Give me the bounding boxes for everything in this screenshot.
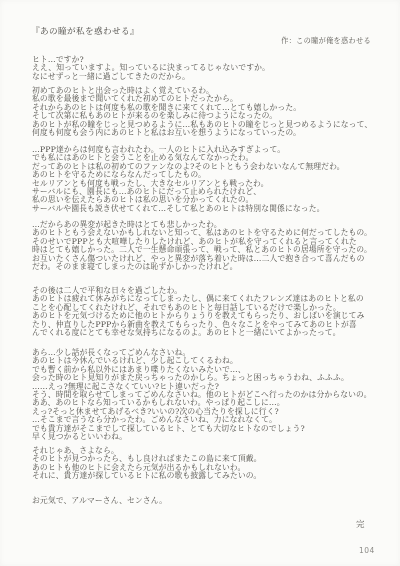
page-number: 104 [359, 546, 375, 555]
scanned-story-page: 『あの瞳が私を惑わせる』 作：この瞳が俺を惑わせる ヒト…ですか?ええ、知ってい… [0, 0, 400, 566]
text-line: だわ。そのまま寝てしまったのは恥ずかしかったけれど。 [32, 263, 372, 271]
story-title: 『あの瞳が私を惑わせる』 [31, 25, 139, 37]
paragraph: それじゃあ、さよなら。そのヒトが見つかったら、もし良ければまたこの島に来て頂戴。… [32, 447, 262, 481]
text-line: んでくれる度にとても幸せな気持ちになるのよ。あのヒトと一緒にいてよかったって。 [32, 329, 365, 337]
author-credit: 作：この瞳が俺を惑わせる [281, 36, 371, 46]
text-line: 早く見つかるといいわね。 [32, 433, 305, 441]
text-line: それに、貴方達が探しているヒトに私の歌も披露してみたいの。 [32, 472, 262, 480]
paragraph: 初めてあのヒトと出会った時はよく覚えているわ。私の歌を最後まで聞いてくれた初めて… [32, 87, 372, 137]
paragraph: …PPP達からは何度も言われたわ。一人のヒトに入れ込みすぎよって。でも私にはあの… [32, 146, 345, 213]
paragraph: …だからあの異変が起きた時はとても悲しかったわ。あのヒトともう会えないかもしれな… [32, 221, 372, 271]
text-line: 何度も何度も会う内にあのヒトと私はお互いを想うようになっていったの。 [32, 129, 372, 137]
text-line: サーバルや園長も説き伏せてくれて…そして私とあのヒトは特別な関係になった。 [32, 205, 345, 213]
text-line: なにせずっと一緒に過ごしてきたのだから。 [32, 73, 270, 81]
end-mark: 完 [356, 518, 365, 530]
text-line: お元気で、アルマーさん、センさん。 [32, 497, 167, 505]
paragraph: あら…少し話が長くなってごめんなさいね。あのヒトは今休んでいるけれど、少し起こし… [32, 349, 372, 408]
paragraph: ヒト…ですか?ええ、知っていますよ。知っているに決まってるじゃないですか。なにせ… [32, 56, 270, 81]
paragraph: お元気で、アルマーさん、センさん。 [32, 497, 167, 505]
paragraph: その後は二人で平和な日々を過ごしたわ。あのヒトは疲れて休みがちになってしまったし… [32, 287, 365, 337]
paragraph: えっ?そっと休ませてあげるべき?いいの?次の心当たりを探しに行く?…そこまで言う… [32, 408, 305, 442]
